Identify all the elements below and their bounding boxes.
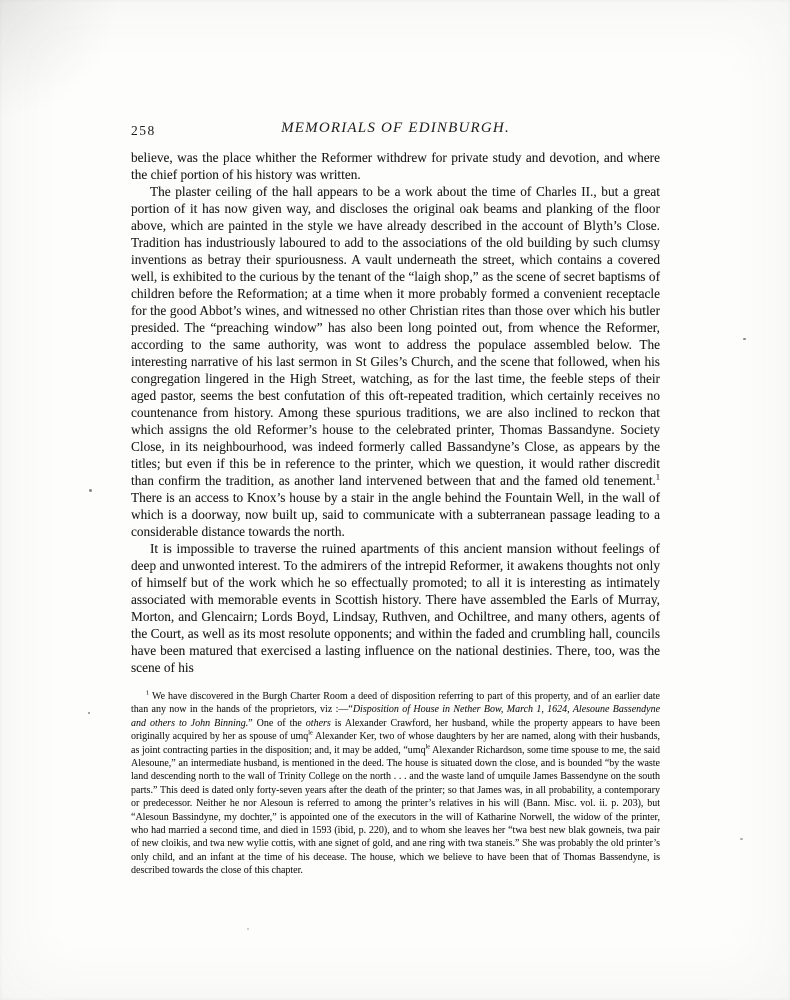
text-run: There is an access to Knox’s house by a … <box>131 490 660 539</box>
scan-speck <box>89 489 92 492</box>
paragraph: The plaster ceiling of the hall appears … <box>131 183 660 540</box>
footnote: 1 We have discovered in the Burgh Charte… <box>131 690 660 878</box>
text-run: It is impossible to traverse the ruined … <box>131 541 660 675</box>
scan-speck <box>740 838 743 840</box>
paragraph: believe, was the place whither the Refor… <box>131 149 660 183</box>
scan-speck <box>743 338 746 340</box>
book-page: 258 MEMORIALS OF EDINBURGH. believe, was… <box>131 120 660 878</box>
body-text: believe, was the place whither the Refor… <box>131 149 660 676</box>
book-page-scan: 258 MEMORIALS OF EDINBURGH. believe, was… <box>0 0 790 1000</box>
text-run: believe, was the place whither the Refor… <box>131 150 660 182</box>
italic-text: others <box>306 718 331 729</box>
running-title: MEMORIALS OF EDINBURGH. <box>131 120 660 137</box>
page-corner-shading <box>0 0 120 120</box>
text-run: Alexander Richardson, some time spouse t… <box>131 745 660 877</box>
scan-speck <box>247 928 249 930</box>
paragraph: It is impossible to traverse the ruined … <box>131 540 660 676</box>
text-run: The plaster ceiling of the hall appears … <box>131 184 660 488</box>
page-header: 258 MEMORIALS OF EDINBURGH. <box>131 120 660 142</box>
text-run: ” One of the <box>248 718 306 729</box>
superscript-ref: 1 <box>656 473 660 482</box>
scan-speck <box>88 712 90 714</box>
